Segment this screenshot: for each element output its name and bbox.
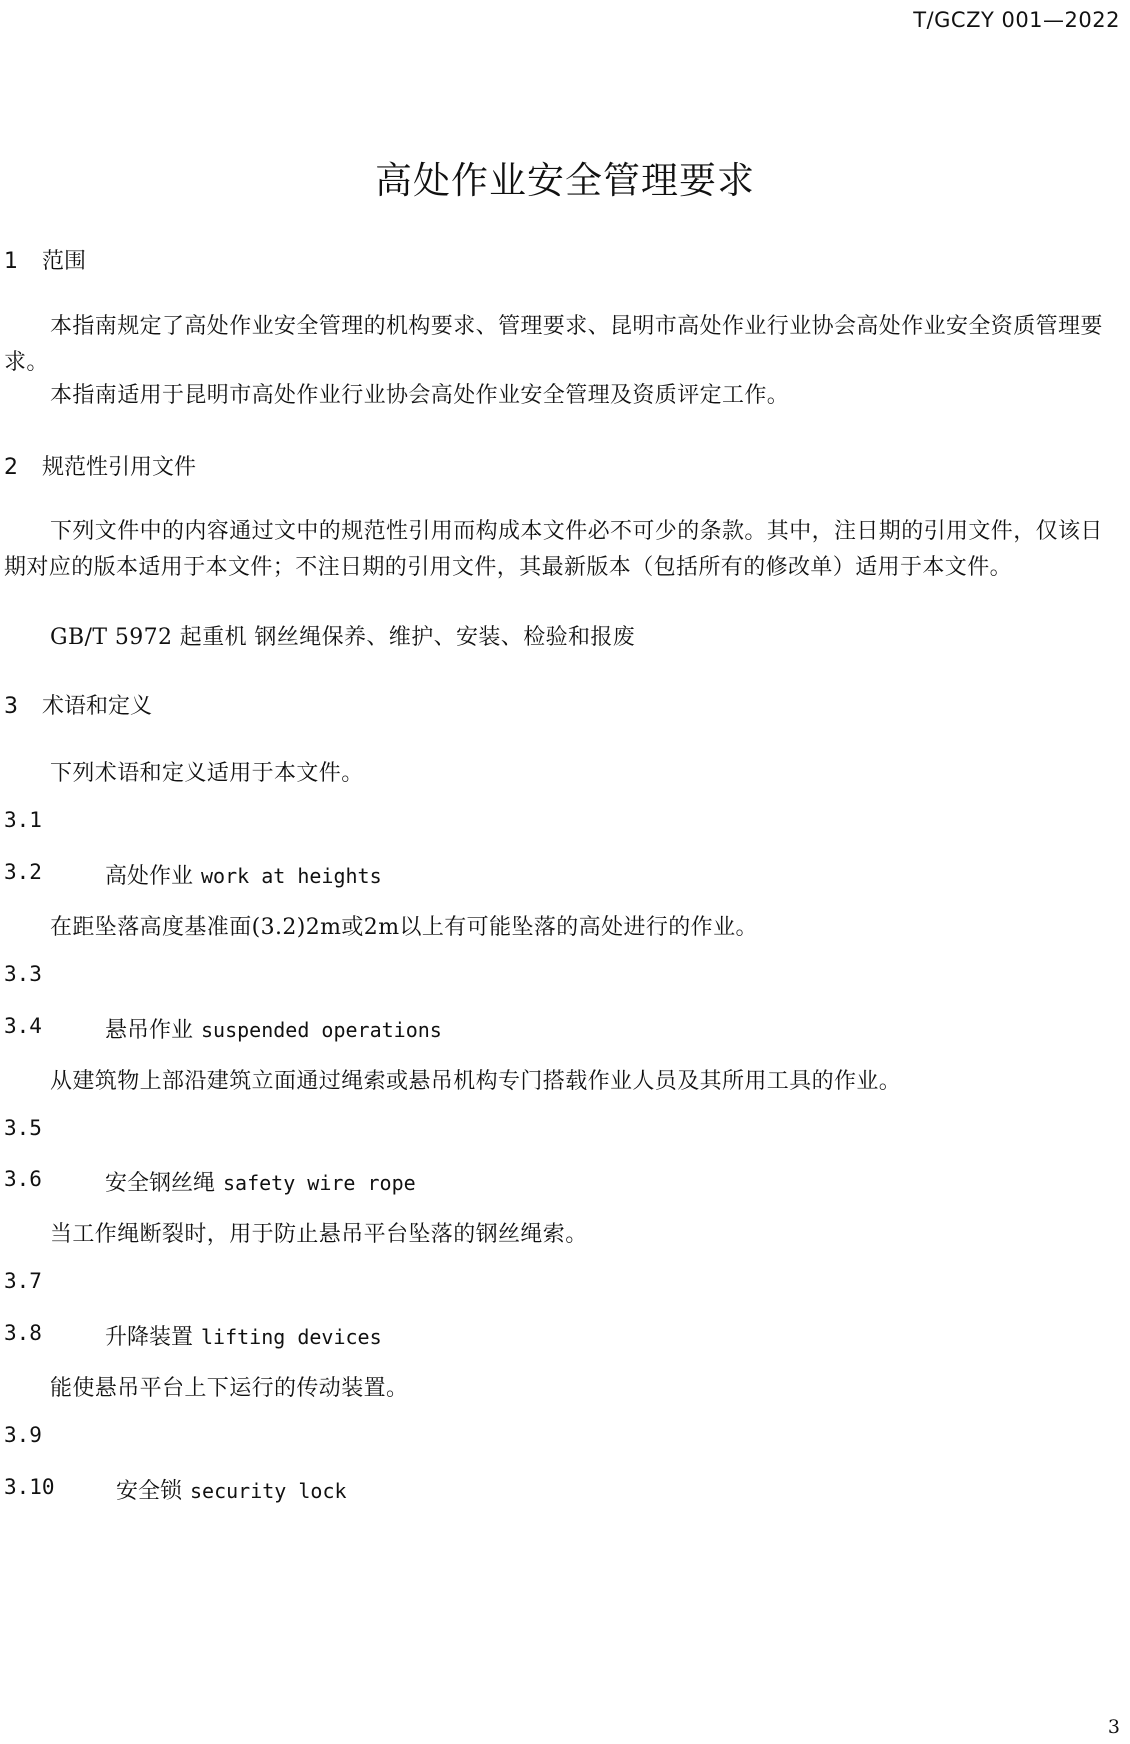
- term-title-safety-wire-rope: 安全钢丝绳safety wire rope: [105, 1166, 416, 1197]
- term-title-security-lock: 安全锁security lock: [116, 1474, 347, 1505]
- term-number: 3.8: [4, 1321, 42, 1345]
- term-definition: 能使悬吊平台上下运行的传动装置。: [50, 1371, 408, 1402]
- term-en: work at heights: [201, 864, 382, 888]
- section-heading-scope: 1范围: [4, 244, 86, 275]
- term-zh: 悬吊作业: [105, 1018, 193, 1043]
- reference-item: GB/T 5972 起重机 钢丝绳保养、维护、安装、检验和报废: [50, 620, 635, 651]
- term-definition: 当工作绳断裂时，用于防止悬吊平台坠落的钢丝绳索。: [50, 1217, 588, 1248]
- term-number: 3.4: [4, 1014, 42, 1038]
- term-title-work-at-heights: 高处作业work at heights: [105, 859, 382, 890]
- section-heading-terms-definitions: 3术语和定义: [4, 689, 152, 720]
- term-number: 3.3: [4, 962, 42, 986]
- section-title: 规范性引用文件: [42, 455, 196, 480]
- section-heading-normative-references: 2规范性引用文件: [4, 450, 196, 481]
- term-zh: 安全钢丝绳: [105, 1171, 215, 1196]
- section-number: 3: [4, 694, 42, 719]
- term-number: 3.6: [4, 1167, 42, 1191]
- term-definition: 在距坠落高度基准面(3.2)2m或2m以上有可能坠落的高处进行的作业。: [50, 910, 758, 941]
- term-en: security lock: [190, 1479, 347, 1503]
- term-number: 3.10: [4, 1475, 55, 1499]
- document-title: 高处作业安全管理要求: [0, 150, 1130, 204]
- paragraph-scope-2: 本指南适用于昆明市高处作业行业协会高处作业安全管理及资质评定工作。: [4, 378, 1114, 414]
- term-number: 3.5: [4, 1116, 42, 1140]
- section-title: 范围: [42, 249, 86, 274]
- term-definition: 从建筑物上部沿建筑立面通过绳索或悬吊机构专门搭载作业人员及其所用工具的作业。: [50, 1064, 901, 1095]
- term-zh: 安全锁: [116, 1479, 182, 1504]
- term-zh: 高处作业: [105, 864, 193, 889]
- term-number: 3.9: [4, 1423, 42, 1447]
- paragraph-scope-1: 本指南规定了高处作业安全管理的机构要求、管理要求、昆明市高处作业行业协会高处作业…: [4, 309, 1114, 381]
- term-en: suspended operations: [201, 1018, 442, 1042]
- document-code: T/GCZY 001—2022: [913, 8, 1120, 32]
- term-en: lifting devices: [201, 1325, 382, 1349]
- term-title-lifting-devices: 升降装置lifting devices: [105, 1320, 382, 1351]
- term-number: 3.1: [4, 808, 42, 832]
- section-title: 术语和定义: [42, 694, 152, 719]
- page-number: 3: [1108, 1716, 1120, 1738]
- term-number: 3.2: [4, 860, 42, 884]
- term-number: 3.7: [4, 1269, 42, 1293]
- section-number: 1: [4, 249, 42, 274]
- term-title-suspended-operations: 悬吊作业suspended operations: [105, 1013, 442, 1044]
- section-number: 2: [4, 455, 42, 480]
- terms-intro: 下列术语和定义适用于本文件。: [50, 756, 364, 787]
- term-en: safety wire rope: [223, 1171, 416, 1195]
- paragraph-normative-references: 下列文件中的内容通过文中的规范性引用而构成本文件必不可少的条款。其中，注日期的引…: [4, 514, 1114, 586]
- term-zh: 升降装置: [105, 1325, 193, 1350]
